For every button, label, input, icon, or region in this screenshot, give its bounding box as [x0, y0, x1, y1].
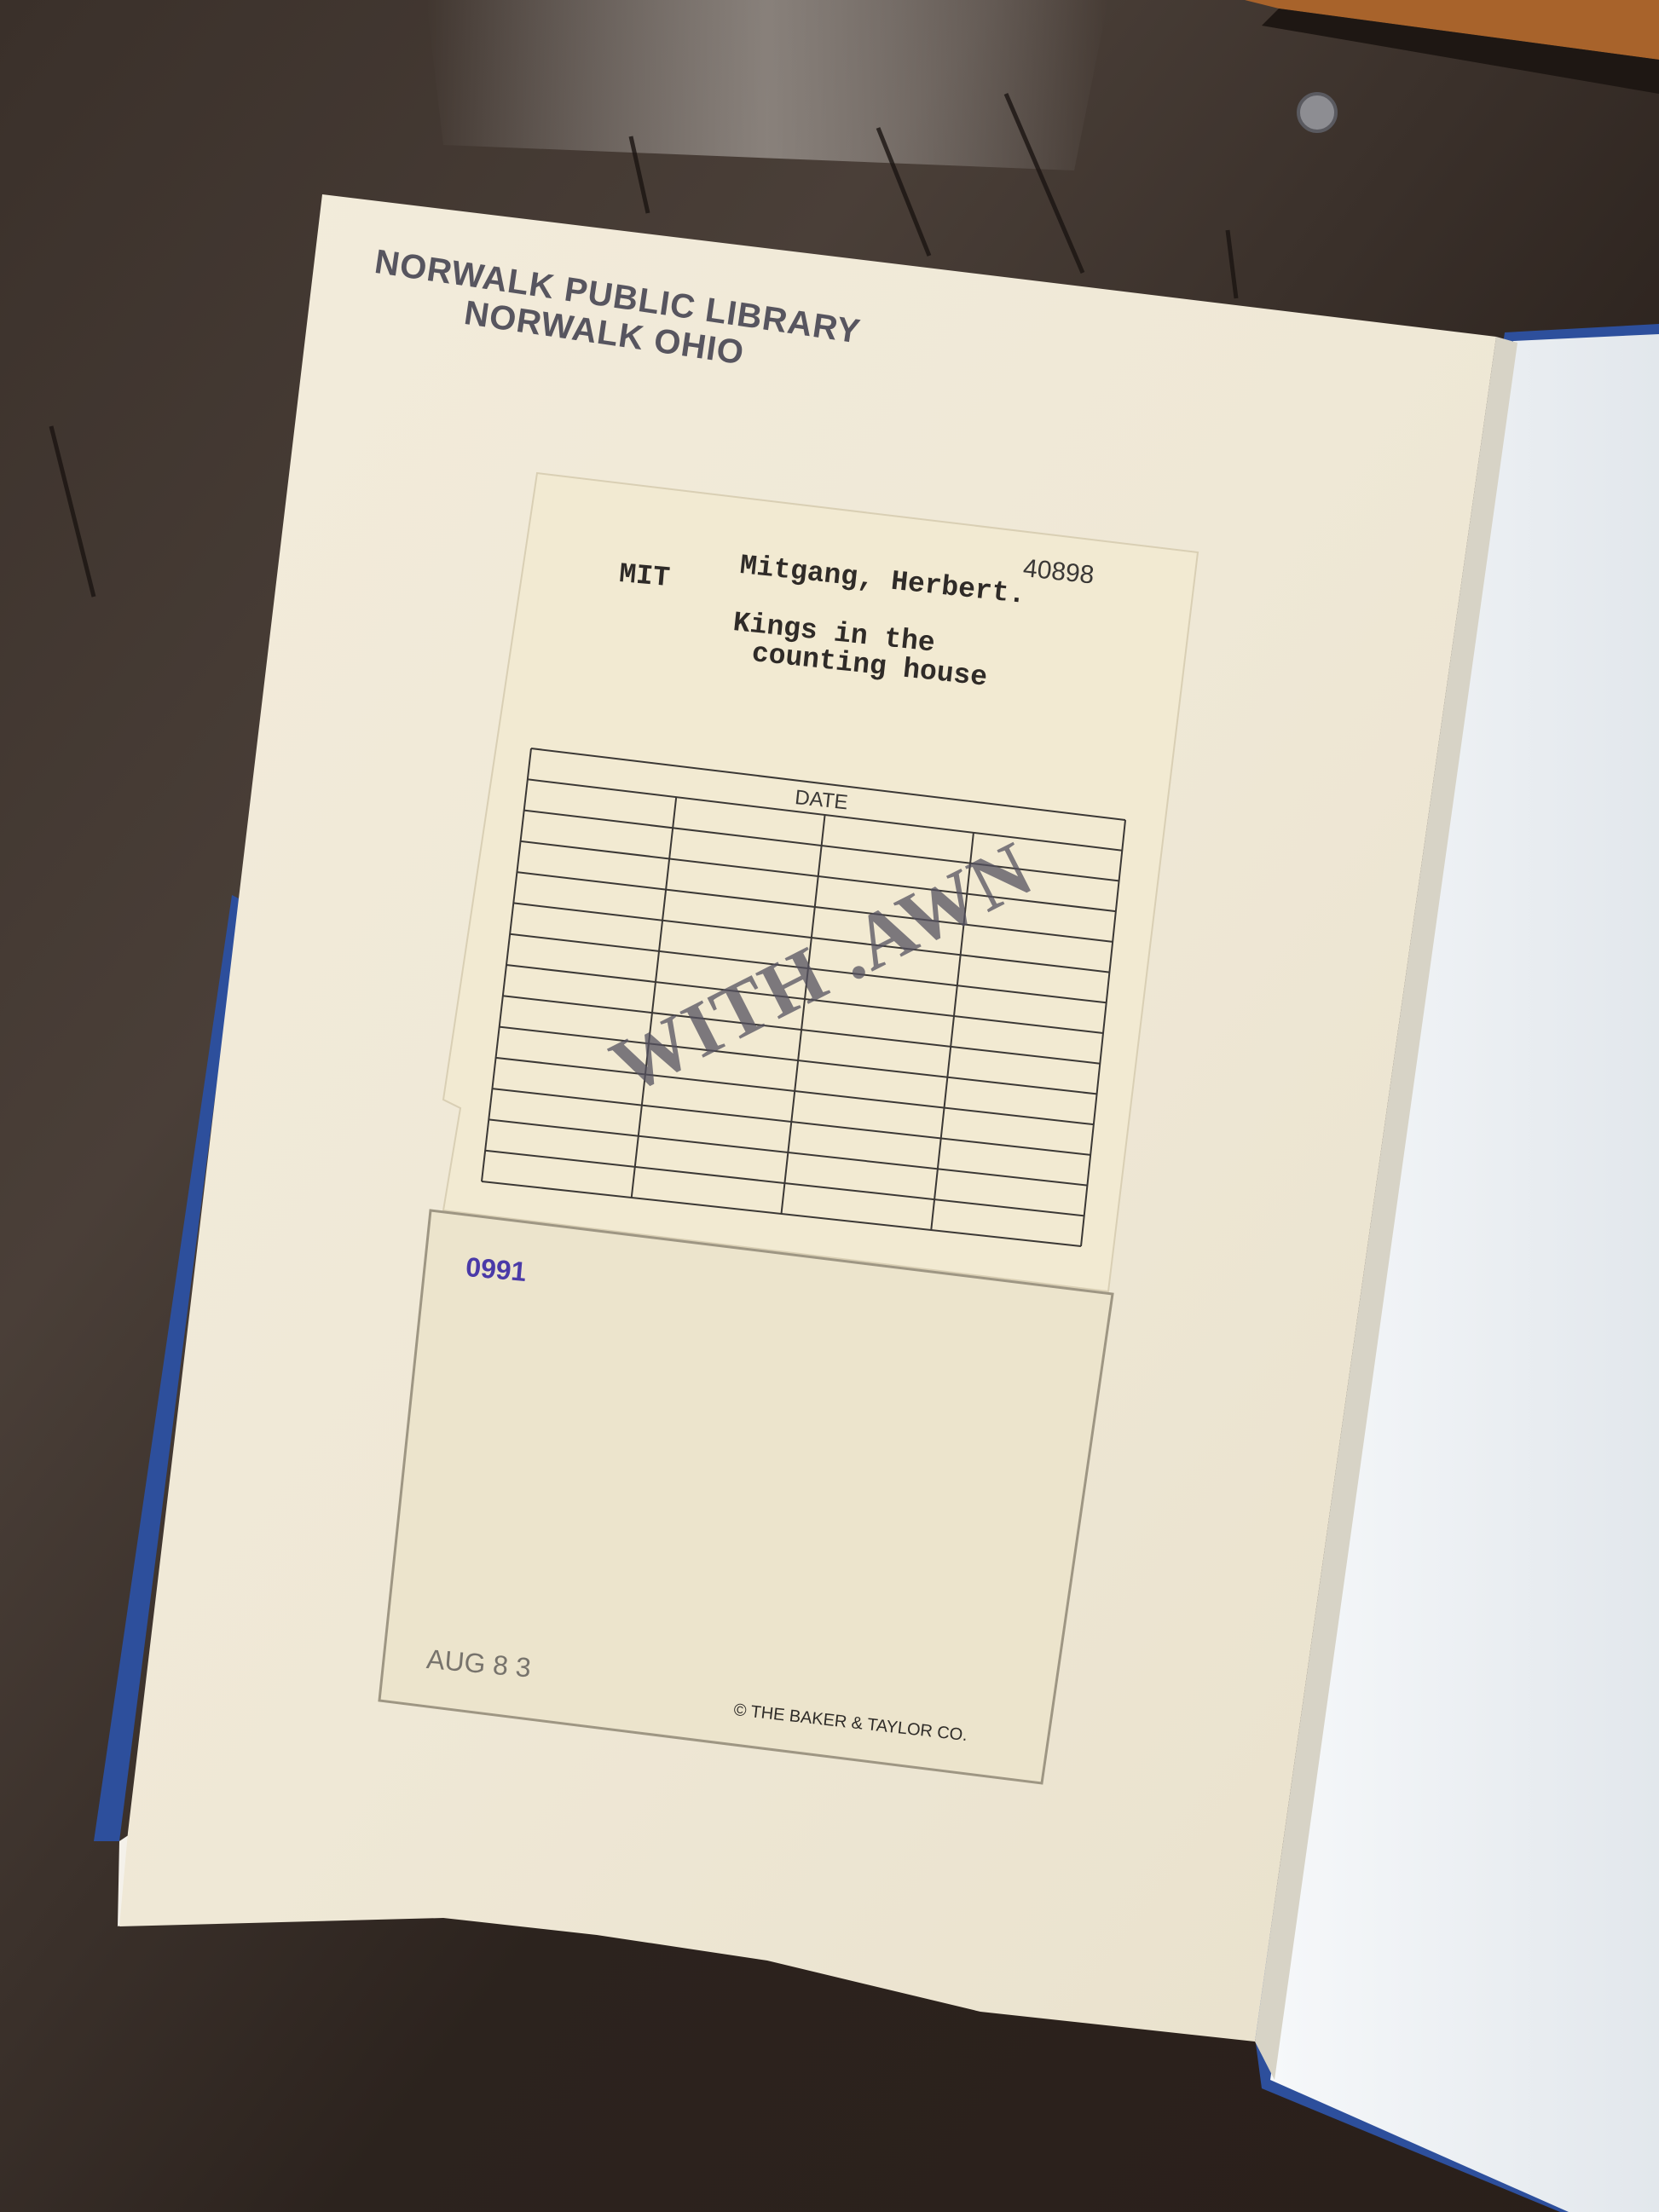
- call-letters: MIT: [618, 558, 671, 594]
- card-pocket: [379, 1210, 1113, 1783]
- book-card: [443, 473, 1198, 1291]
- wood-glare: [426, 0, 1108, 170]
- purple-number-stamp: 0991: [465, 1251, 528, 1288]
- nail-head: [1298, 94, 1336, 131]
